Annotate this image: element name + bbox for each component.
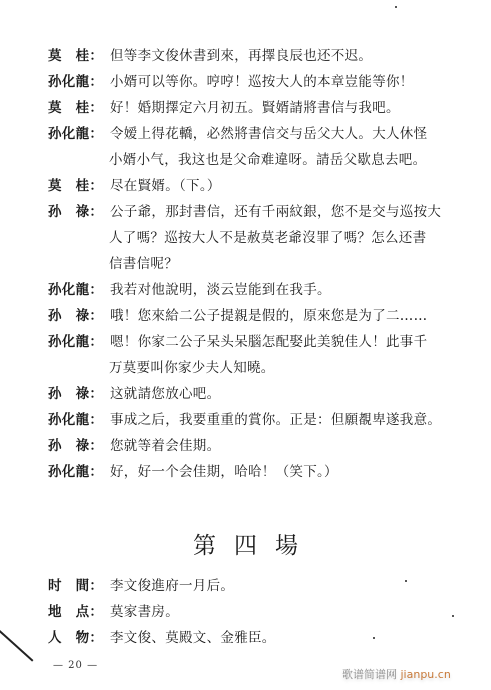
dialogue-line: 孙化龍：令嫒上得花轎，必然將書信交与岳父大人。大人休怪 xyxy=(48,125,427,143)
watermark: 歌谱简谱网 jianpu.cn xyxy=(342,666,451,682)
watermark-domain: jianpu.cn xyxy=(401,668,451,681)
dialogue-text: 令嫒上得花轎，必然將書信交与岳父大人。大人休怪 xyxy=(110,125,427,143)
info-value: 李文俊進府一月后。 xyxy=(110,578,234,594)
speaker-label: 孙化龍： xyxy=(48,281,110,299)
dialogue-line: 孙 祿：您就等着会佳期。 xyxy=(48,437,220,455)
dialogue-line: 孙化龍：嗯！你家二公子呆头呆腦怎配娶此美貌佳人！此事千 xyxy=(48,333,427,351)
speaker-label: 孙 祿： xyxy=(48,203,110,221)
dialogue-text: 好！婚期擇定六月初五。賢婿請將書信与我吧。 xyxy=(110,99,400,117)
dialogue-text: 尽在賢婿。（下。） xyxy=(110,177,221,195)
scene-info-characters: 人 物：李文俊、莫殿文、金雅臣。 xyxy=(48,629,276,647)
scan-speck xyxy=(405,580,407,582)
dialogue-line: 莫 桂：好！婚期擇定六月初五。賢婿請將書信与我吧。 xyxy=(48,99,400,117)
scene-info-place: 地 点：莫家書房。 xyxy=(48,603,179,621)
dialogue-line: 孙 祿：哦！您來給二公子提親是假的，原來您是为了二…… xyxy=(48,307,427,325)
info-value: 莫家書房。 xyxy=(110,604,179,620)
dialogue-continuation: 人了嗎？巡按大人不是赦莫老爺沒罪了嗎？怎么还書 xyxy=(109,229,426,247)
scene-info-time: 时 間：李文俊進府一月后。 xyxy=(48,577,234,595)
speaker-label: 莫 桂： xyxy=(48,99,110,117)
dialogue-continuation: 万莫要叫你家少夫人知曉。 xyxy=(109,359,275,377)
dialogue-line: 孙化龍：事成之后，我要重重的賞你。正是：但願覩卑遂我意。 xyxy=(48,411,441,429)
scan-speck xyxy=(373,637,375,639)
dialogue-text: 这就請您放心吧。 xyxy=(110,385,220,403)
speaker-label: 孙化龍： xyxy=(48,463,110,481)
scan-speck xyxy=(395,6,397,8)
info-label: 时 間： xyxy=(48,577,110,595)
dialogue-text: 公子爺，那封書信，还有千兩紋銀，您不是交与巡按大 xyxy=(110,203,441,221)
dialogue-text: 嗯！你家二公子呆头呆腦怎配娶此美貌佳人！此事千 xyxy=(110,333,427,351)
info-value: 李文俊、莫殿文、金雅臣。 xyxy=(110,630,276,646)
dialogue-text: 我若对他說明，淡云豈能到在我手。 xyxy=(110,281,331,299)
scan-line-artifact xyxy=(0,630,33,661)
speaker-label: 孙化龍： xyxy=(48,73,110,91)
speaker-label: 孙 祿： xyxy=(48,437,110,455)
document-page: 莫 桂：但等李文俊休書到來，再擇良辰也还不迟。 孙化龍：小婿可以等你。哼哼！巡按… xyxy=(0,0,491,690)
info-label: 地 点： xyxy=(48,603,110,621)
dialogue-text: 好，好一个会佳期，哈哈！（笑下。） xyxy=(110,463,338,481)
dialogue-line: 孙化龍：小婿可以等你。哼哼！巡按大人的本章豈能等你！ xyxy=(48,73,414,91)
watermark-text: 歌谱简谱网 xyxy=(342,668,397,681)
scan-speck xyxy=(452,615,454,617)
speaker-label: 莫 桂： xyxy=(48,177,110,195)
dialogue-text: 哦！您來給二公子提親是假的，原來您是为了二…… xyxy=(110,307,427,325)
scene-title: 第四場 xyxy=(0,527,491,560)
dialogue-line: 孙 祿：公子爺，那封書信，还有千兩紋銀，您不是交与巡按大 xyxy=(48,203,441,221)
dialogue-text: 事成之后，我要重重的賞你。正是：但願覩卑遂我意。 xyxy=(110,411,441,429)
info-label: 人 物： xyxy=(48,629,110,647)
speaker-label: 孙 祿： xyxy=(48,385,110,403)
speaker-label: 孙化龍： xyxy=(48,125,110,143)
speaker-label: 孙化龍： xyxy=(48,333,110,351)
dialogue-line: 莫 桂：但等李文俊休書到來，再擇良辰也还不迟。 xyxy=(48,47,372,65)
speaker-label: 莫 桂： xyxy=(48,47,110,65)
dialogue-continuation: 小婿小气，我这也是父命难違呀。請岳父歇息去吧。 xyxy=(109,151,426,169)
dialogue-line: 孙化龍：我若对他說明，淡云豈能到在我手。 xyxy=(48,281,331,299)
dialogue-text: 但等李文俊休書到來，再擇良辰也还不迟。 xyxy=(110,47,372,65)
dialogue-text: 您就等着会佳期。 xyxy=(110,437,220,455)
dialogue-text: 小婿可以等你。哼哼！巡按大人的本章豈能等你！ xyxy=(110,73,414,91)
dialogue-line: 孙化龍：好，好一个会佳期，哈哈！（笑下。） xyxy=(48,463,338,481)
speaker-label: 孙 祿： xyxy=(48,307,110,325)
dialogue-continuation: 信書信呢？ xyxy=(109,255,178,273)
dialogue-line: 莫 桂：尽在賢婿。（下。） xyxy=(48,177,221,195)
page-number: — 20 — xyxy=(53,660,98,671)
dialogue-line: 孙 祿：这就請您放心吧。 xyxy=(48,385,220,403)
speaker-label: 孙化龍： xyxy=(48,411,110,429)
